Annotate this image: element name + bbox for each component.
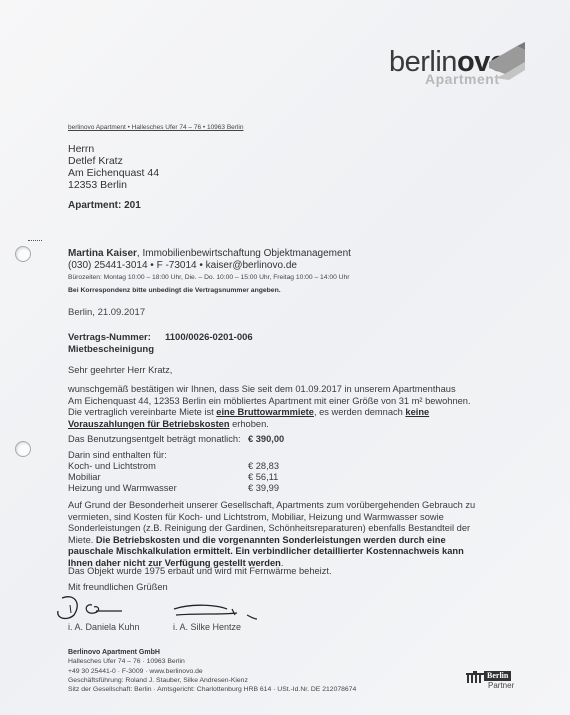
emphasis-no-prepayments: Vorauszahlungen für Betriebskosten xyxy=(68,419,230,429)
text-span: Die vertraglich vereinbarte Miete ist xyxy=(68,407,216,417)
paragraph-rent-type: Die vertraglich vereinbarte Miete ist ei… xyxy=(68,407,429,430)
footer-phone-web: +49 30 25441-0 · F-3009 · www.berlinovo.… xyxy=(68,667,356,676)
closing: Mit freundlichen Grüßen xyxy=(68,582,168,594)
paragraph-line: vermieten, sind Kosten für Koch- und Lic… xyxy=(68,512,475,524)
footer-company: Berlinovo Apartment GmbH xyxy=(68,649,160,656)
recipient-name: Detlef Kratz xyxy=(68,155,159,167)
paragraph-building-info: Das Objekt wurde 1975 erbaut und wird mi… xyxy=(68,566,332,578)
paragraph-cost-explanation: Auf Grund der Besonderheit unserer Gesel… xyxy=(68,500,475,569)
included-item-label: Koch- und Lichtstrom xyxy=(68,461,156,473)
contract-number-label: Vertrags-Nummer: xyxy=(68,332,151,343)
brandenburg-gate-icon xyxy=(466,671,484,683)
text-span: Miete. xyxy=(68,535,96,545)
fold-mark xyxy=(28,240,42,241)
letter-subject: Mietbescheinigung xyxy=(68,344,154,355)
paragraph-line: wunschgemäß bestätigen wir Ihnen, dass S… xyxy=(68,384,471,396)
signature-hentze-icon xyxy=(172,601,262,623)
included-item-label: Heizung und Warmwasser xyxy=(68,483,177,495)
text-span: , es werden demnach xyxy=(314,407,405,417)
contact-name: Martina Kaiser xyxy=(68,248,137,259)
footer-management: Geschäftsführung: Roland J. Stauber, Sil… xyxy=(68,676,356,685)
text-span: erhoben. xyxy=(230,419,269,429)
sender-return-address: berlinovo Apartment • Hallesches Ufer 74… xyxy=(68,124,243,131)
emphasis-no: keine xyxy=(405,407,429,417)
fee-value: € 390,00 xyxy=(248,434,284,446)
paragraph-line: Sonderleistungen (z.B. Reinigung der Gar… xyxy=(68,523,475,535)
included-item-value: € 28,83 xyxy=(248,461,279,473)
bold-text: Die Betriebskosten und die vorgenannten … xyxy=(96,535,446,545)
included-item-value: € 39,99 xyxy=(248,483,279,495)
included-label: Darin sind enthalten für: xyxy=(68,450,167,462)
contact-phone-email: (030) 25441-3014 • F -73014 • kaiser@ber… xyxy=(68,260,351,272)
fee-amount: € 390,00 xyxy=(248,434,284,444)
included-item-label: Mobiliar xyxy=(68,472,101,484)
emphasis-gross-rent: eine Bruttowarmmiete xyxy=(216,407,314,417)
recipient-street: Am Eichenquast 44 xyxy=(68,167,159,179)
bold-text: pauschale Mischkalkulation ermittelt. Ei… xyxy=(68,546,464,556)
signature-kuhn-icon xyxy=(52,593,132,623)
footer-registry: Sitz der Gesellschaft: Berlin · Amtsgeri… xyxy=(68,685,356,694)
correspondence-note: Bei Korrespondenz bitte unbedingt die Ve… xyxy=(68,287,281,294)
company-footer: Berlinovo Apartment GmbH Hallesches Ufer… xyxy=(68,648,356,694)
greeting: Sehr geehrter Herr Kratz, xyxy=(68,365,172,377)
fee-label: Das Benutzungsentgelt beträgt monatlich: xyxy=(68,434,241,446)
included-item-value: € 56,11 xyxy=(248,472,278,484)
recipient-address: Herrn Detlef Kratz Am Eichenquast 44 123… xyxy=(68,143,159,191)
paragraph-confirmation: wunschgemäß bestätigen wir Ihnen, dass S… xyxy=(68,384,471,407)
paragraph-line: Auf Grund der Besonderheit unserer Gesel… xyxy=(68,500,475,512)
footer-address: Hallesches Ufer 74 – 76 · 10963 Berlin xyxy=(68,657,356,666)
letter-date: Berlin, 21.09.2017 xyxy=(68,307,145,318)
signatory-hentze: i. A. Silke Hentze xyxy=(173,622,241,632)
letter-page: berlinovo Apartment berlinovo Apartment … xyxy=(0,0,570,715)
punch-hole-icon xyxy=(15,246,31,262)
contract-number: 1100/0026-0201-006 xyxy=(165,332,253,343)
recipient-salutation: Herrn xyxy=(68,143,159,155)
signatory-kuhn: i. A. Daniela Kuhn xyxy=(68,622,140,632)
apartment-number: Apartment: 201 xyxy=(68,200,141,211)
partner-label: Partner xyxy=(488,681,514,690)
contact-block: Martina Kaiser, Immobilienbewirtschaftun… xyxy=(68,248,351,272)
recipient-city: 12353 Berlin xyxy=(68,179,159,191)
office-hours: Bürozeiten: Montag 10:00 – 18:00 Uhr, Di… xyxy=(68,274,349,281)
contact-role: , Immobilienbewirtschaftung Objektmanage… xyxy=(137,248,351,259)
paragraph-line: Am Eichenquast 44, 12353 Berlin ein möbl… xyxy=(68,396,471,408)
berlin-box: Berlin xyxy=(484,671,511,681)
punch-hole-icon xyxy=(15,441,31,457)
berlinovo-logo-mark-icon xyxy=(487,40,527,84)
